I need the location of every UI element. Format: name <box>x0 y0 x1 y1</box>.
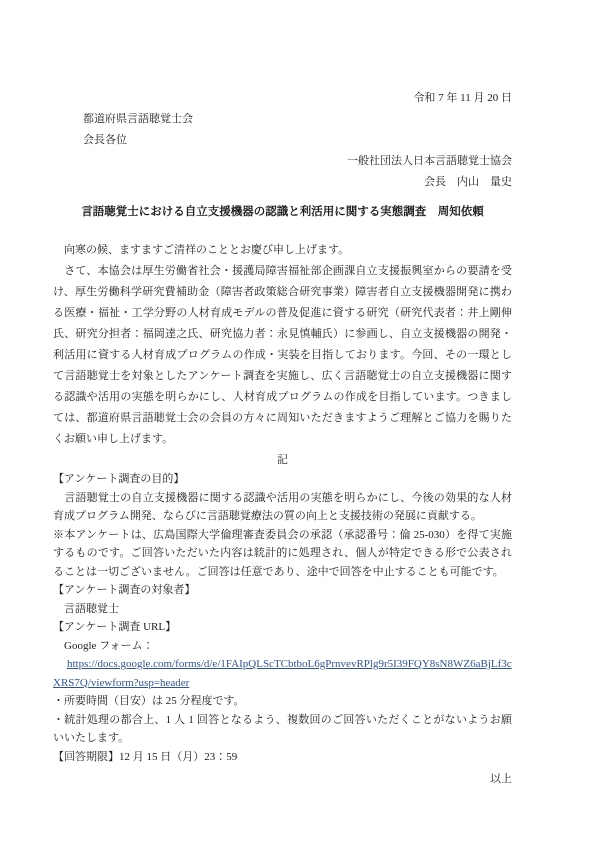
sender-person: 会長 内山 量史 <box>53 172 512 193</box>
purpose-heading: 【アンケート調査の目的】 <box>53 470 512 489</box>
recipient-org: 都道府県言語聴覚士会 <box>83 109 512 130</box>
target-heading: 【アンケート調査の対象者】 <box>53 581 512 600</box>
target-body: 言語聴覚士 <box>53 600 512 619</box>
note-duration: ・所要時間（目安）は 25 分程度です。 <box>53 692 512 711</box>
closing-marker: 以上 <box>53 770 512 789</box>
recipient-salutation: 会長各位 <box>83 130 512 151</box>
main-paragraph: さて、本協会は厚生労働省社会・援護局障害福祉部企画課自立支援振興室からの要請を受… <box>53 261 512 450</box>
ethics-note: ※本アンケートは、広島国際大学倫理審査委員会の承認（承認番号：倫 25-030）… <box>53 526 512 582</box>
letter-body: 向寒の候、ますますご清祥のこととお慶び申し上げます。 さて、本協会は厚生労働省社… <box>53 240 512 450</box>
url-heading: 【アンケート調査 URL】 <box>53 618 512 637</box>
sender-org: 一般社団法人日本言語聴覚士協会 <box>53 151 512 172</box>
date-line: 令和 7 年 11 月 20 日 <box>53 88 512 109</box>
purpose-body: 言語聴覚士の自立支援機器に関する認識や活用の実態を明らかにし、今後の効果的な人材… <box>53 489 512 526</box>
greeting-paragraph: 向寒の候、ますますご清祥のこととお慶び申し上げます。 <box>53 240 512 261</box>
note-single-response: ・統計処理の都合上、1 人 1 回答となるよう、複数回のご回答いただくことがない… <box>53 711 512 748</box>
ki-marker: 記 <box>53 450 512 470</box>
survey-url-paragraph: https://docs.google.com/forms/d/e/1FAIpQ… <box>53 655 512 692</box>
document-title: 言語聴覚士における自立支援機器の認識と利活用に関する実態調査 周知依頼 <box>53 202 512 223</box>
url-label: Google フォーム： <box>53 637 512 656</box>
survey-details-section: 【アンケート調査の目的】 言語聴覚士の自立支援機器に関する認識や活用の実態を明ら… <box>53 470 512 766</box>
deadline-line: 【回答期限】12 月 15 日（月）23：59 <box>53 748 512 767</box>
letter-page: 令和 7 年 11 月 20 日 都道府県言語聴覚士会 会長各位 一般社団法人日… <box>0 0 595 841</box>
recipient-block: 都道府県言語聴覚士会 会長各位 <box>53 109 512 151</box>
survey-url-link[interactable]: https://docs.google.com/forms/d/e/1FAIpQ… <box>53 658 512 689</box>
